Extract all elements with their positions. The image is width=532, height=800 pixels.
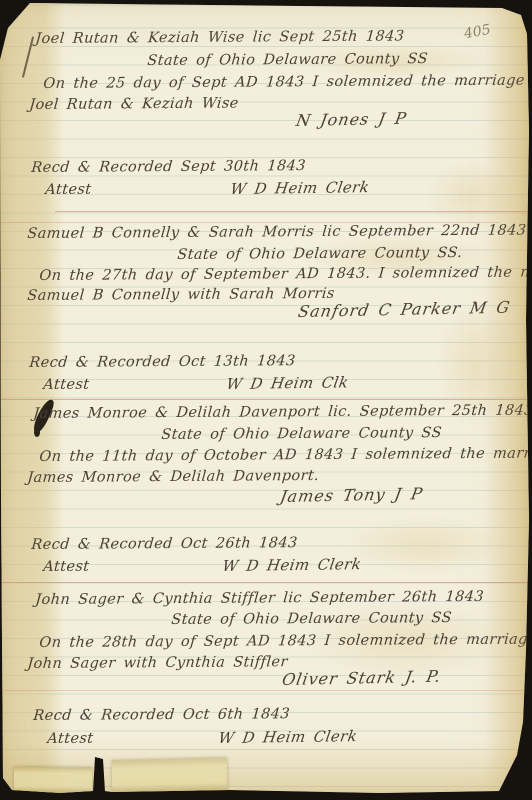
couple-line: John Sager with Cynthia Stiffler (27, 654, 289, 672)
license-line: James Monroe & Delilah Davenport lic. Se… (33, 403, 532, 423)
officiant-signature: James Tony J P (279, 484, 425, 506)
clerk-signature: W D Heim Clerk (221, 555, 363, 575)
entry-divider-line (0, 399, 532, 400)
page-gutter-shading (0, 0, 64, 800)
state-county-line: State of Ohio Delaware County SS (161, 425, 443, 443)
ink-blot-drip (34, 428, 40, 437)
clerk-signature: W D Heim Clerk (229, 178, 371, 198)
recorded-line: Recd & Recorded Oct 13th 1843 (29, 353, 297, 371)
officiant-signature: N Jones J P (295, 109, 409, 130)
scanned-register-page: 405 Joel Rutan & Keziah Wise lic Sept 25… (0, 0, 532, 800)
attest-label: Attest (43, 377, 90, 393)
officiant-signature: Oliver Stark J. P. (281, 667, 443, 689)
entry-divider-line (55, 211, 532, 212)
recorded-line: Recd & Recorded Sept 30th 1843 (31, 158, 307, 176)
clerk-signature: W D Heim Clerk (217, 727, 359, 747)
solemnized-line: On the 27th day of September AD 1843. I … (39, 264, 532, 284)
couple-line: James Monroe & Delilah Davenport. (27, 468, 320, 486)
officiant-signature: Sanford C Parker M G (297, 298, 512, 322)
state-county-line: State of Ohio Delaware County SS (171, 610, 453, 628)
entry-divider-line (0, 582, 532, 583)
solemnized-line: On the 11th day of October AD 1843 I sol… (39, 445, 532, 465)
recorded-line: Recd & Recorded Oct 26th 1843 (31, 535, 299, 553)
attest-label: Attest (43, 559, 90, 575)
repair-tape-strip (112, 758, 228, 794)
entry-divider-line (0, 690, 532, 691)
solemnized-line: On the 25 day of Sept AD 1843 I solemniz… (43, 72, 532, 92)
page-right-edge-shading (484, 0, 532, 800)
attest-label: Attest (45, 182, 92, 198)
license-line: John Sager & Cynthia Stiffler lic Septem… (35, 589, 485, 608)
clerk-signature: W D Heim Clk (225, 373, 350, 393)
couple-line: Samuel B Connelly with Sarah Morris (27, 286, 336, 304)
state-county-line: State of Ohio Delaware County SS. (177, 245, 463, 263)
paper-sheet: 405 Joel Rutan & Keziah Wise lic Sept 25… (0, 0, 532, 800)
couple-line: Joel Rutan & Keziah Wise (29, 96, 240, 113)
license-line: Samuel B Connelly & Sarah Morris lic Sep… (27, 222, 532, 242)
repair-tape-strip (14, 767, 92, 794)
attest-label: Attest (47, 731, 94, 747)
recorded-line: Recd & Recorded Oct 6th 1843 (33, 706, 291, 724)
solemnized-line: On the 28th day of Sept AD 1843 I solemn… (39, 631, 532, 651)
license-line: Joel Rutan & Keziah Wise lic Sept 25th 1… (35, 28, 405, 47)
state-county-line: State of Ohio Delaware County SS (147, 51, 429, 69)
